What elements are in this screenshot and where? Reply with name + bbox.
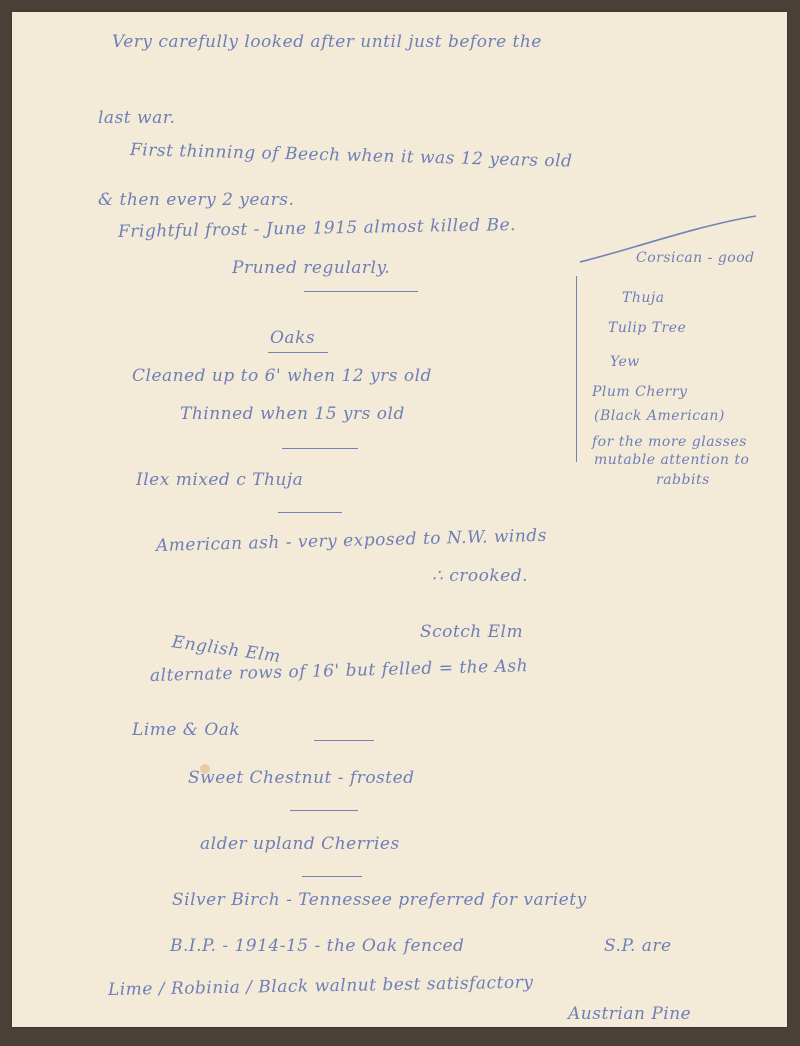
separator-rule (302, 876, 362, 877)
margin-bracket-line (576, 276, 577, 462)
margin-note-item: Plum Cherry (592, 384, 687, 400)
separator-rule (290, 810, 358, 811)
margin-note-item: Tulip Tree (608, 320, 686, 336)
margin-note-item: (Black American) (594, 408, 725, 424)
note-line-2: last war. (98, 108, 175, 128)
note-line-17: alder upland Cherries (200, 834, 400, 854)
note-line-9: Ilex mixed c Thuja (136, 470, 303, 490)
note-line-19: B.I.P. - 1914-15 - the Oak fenced (170, 936, 464, 956)
underline (304, 291, 418, 292)
margin-note-header: Corsican - good (636, 250, 755, 266)
separator-rule (314, 740, 374, 741)
underline (268, 352, 328, 353)
section-heading-oaks: Oaks (270, 328, 315, 348)
margin-note-item: Yew (610, 354, 640, 370)
margin-note-item: for the more glasses (592, 434, 747, 450)
note-line-18: Silver Birch - Tennessee preferred for v… (172, 890, 587, 910)
note-line-22: Austrian Pine (568, 1004, 691, 1024)
separator-rule (282, 448, 358, 449)
note-line-20: S.P. are (604, 936, 672, 956)
note-line-4: & then every 2 years. (98, 190, 294, 210)
note-line-1: Very carefully looked after until just b… (112, 32, 542, 52)
note-line-13: Scotch Elm (420, 622, 523, 642)
separator-rule (278, 512, 342, 513)
note-line-6: Pruned regularly. (232, 258, 390, 278)
note-line-11: ∴ crooked. (432, 566, 528, 586)
note-line-15: Lime & Oak (132, 720, 240, 740)
margin-note-item: mutable attention to (594, 452, 749, 468)
margin-note-item: rabbits (656, 472, 710, 488)
note-line-8: Thinned when 15 yrs old (180, 404, 405, 424)
margin-note-item: Thuja (622, 290, 665, 306)
note-line-16: Sweet Chestnut - frosted (188, 768, 415, 788)
note-line-7: Cleaned up to 6' when 12 yrs old (132, 366, 432, 386)
